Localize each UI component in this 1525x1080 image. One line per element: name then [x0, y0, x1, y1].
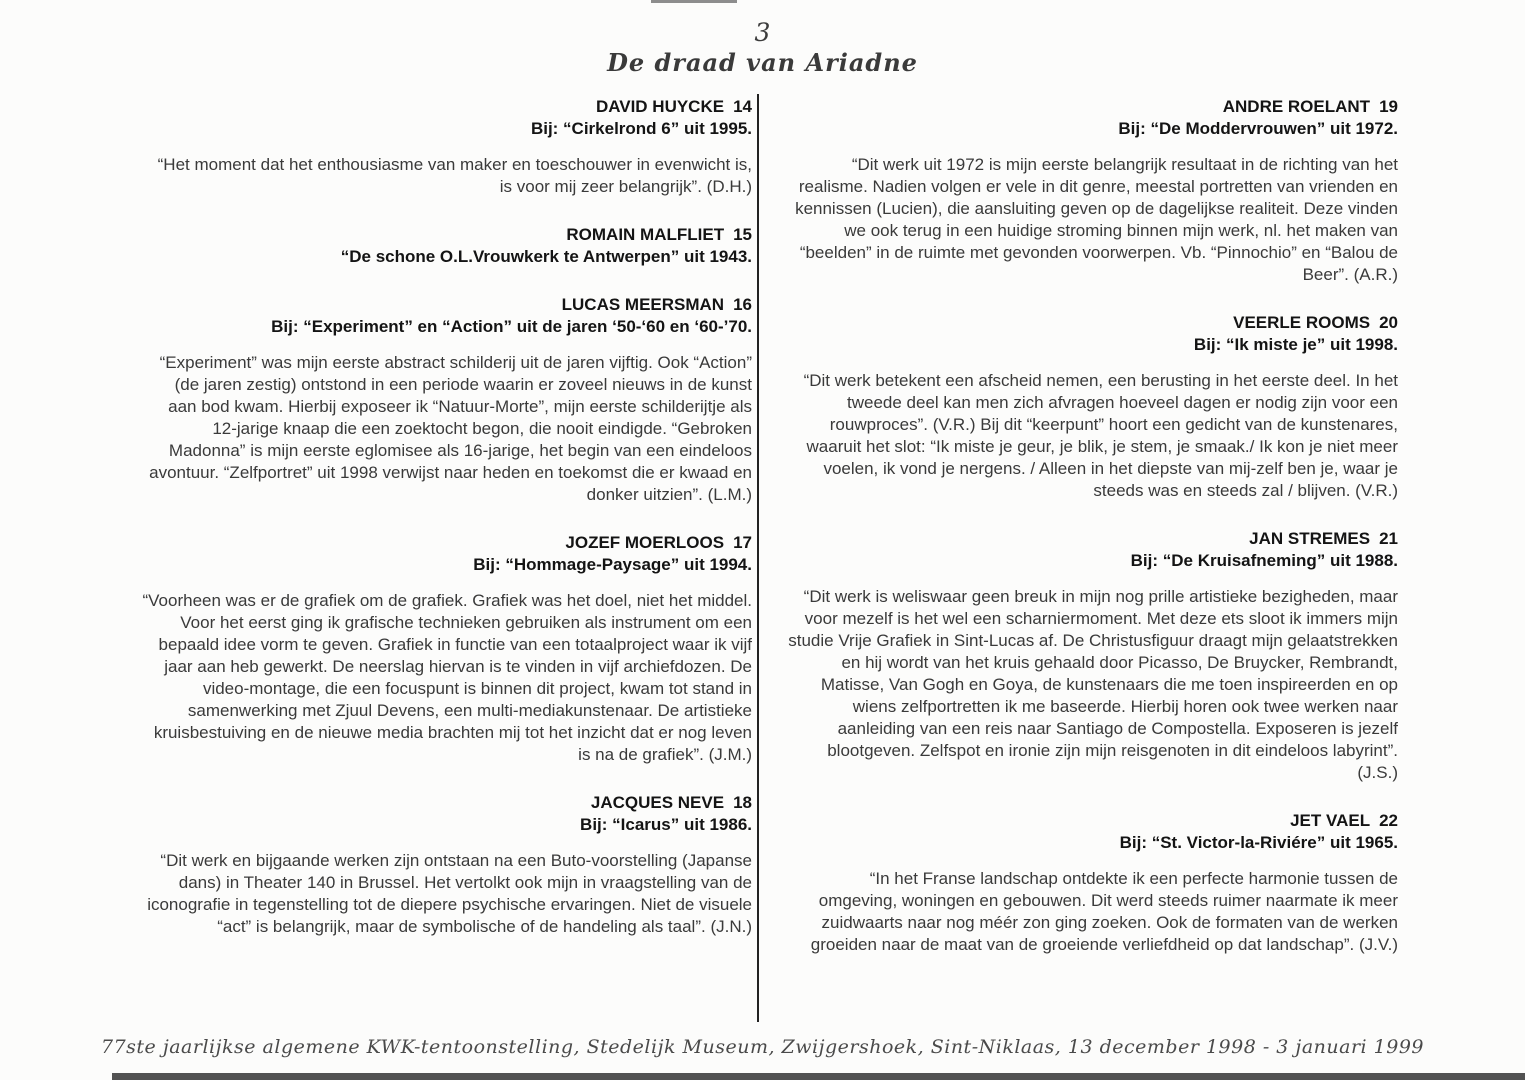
artist-quote: “In het Franse landschap ontdekte ik een…: [788, 868, 1398, 956]
artist-heading: ANDRE ROELANT19: [788, 96, 1398, 118]
column-divider-line: [757, 94, 759, 1022]
artist-entry: ROMAIN MALFLIET15“De schone O.L.Vrouwker…: [142, 224, 752, 268]
artist-quote: “Dit werk is weliswaar geen breuk in mij…: [788, 586, 1398, 784]
artwork-caption: “De schone O.L.Vrouwkerk te Antwerpen” u…: [142, 246, 752, 268]
scan-artifact-bottom-bar: [112, 1073, 1525, 1080]
artist-entry: JOZEF MOERLOOS17Bij: “Hommage-Paysage” u…: [142, 532, 752, 766]
artwork-caption: Bij: “Hommage-Paysage” uit 1994.: [142, 554, 752, 576]
artist-name: JET VAEL: [1290, 811, 1370, 830]
artist-heading: VEERLE ROOMS20: [788, 312, 1398, 334]
artwork-caption: Bij: “Experiment” en “Action” uit de jar…: [142, 316, 752, 338]
exhibition-footer: 77ste jaarlijkse algemene KWK-tentoonste…: [0, 1036, 1525, 1058]
artwork-number: 18: [733, 793, 752, 812]
scan-artifact-top-line: [651, 0, 737, 3]
artwork-number: 14: [733, 97, 752, 116]
artwork-caption: Bij: “De Moddervrouwen” uit 1972.: [788, 118, 1398, 140]
artist-quote: “Dit werk betekent een afscheid nemen, e…: [788, 370, 1398, 502]
artist-entry: VEERLE ROOMS20Bij: “Ik miste je” uit 199…: [788, 312, 1398, 502]
artwork-caption: Bij: “Cirkelrond 6” uit 1995.: [142, 118, 752, 140]
artwork-number: 17: [733, 533, 752, 552]
artist-name: ROMAIN MALFLIET: [566, 225, 724, 244]
artwork-caption: Bij: “St. Victor-la-Riviére” uit 1965.: [788, 832, 1398, 854]
artwork-caption: Bij: “Ik miste je” uit 1998.: [788, 334, 1398, 356]
artist-heading: JOZEF MOERLOOS17: [142, 532, 752, 554]
page-title: De draad van Ariadne: [0, 48, 1525, 77]
artwork-caption: Bij: “Icarus” uit 1986.: [142, 814, 752, 836]
artwork-number: 22: [1379, 811, 1398, 830]
artist-entry: DAVID HUYCKE14Bij: “Cirkelrond 6” uit 19…: [142, 96, 752, 198]
artist-heading: LUCAS MEERSMAN16: [142, 294, 752, 316]
artist-name: VEERLE ROOMS: [1233, 313, 1370, 332]
artist-quote: “Experiment” was mijn eerste abstract sc…: [142, 352, 752, 506]
artist-entry: JET VAEL22Bij: “St. Victor-la-Riviére” u…: [788, 810, 1398, 956]
artwork-number: 21: [1379, 529, 1398, 548]
artist-name: JOZEF MOERLOOS: [565, 533, 724, 552]
artist-quote: “Dit werk en bijgaande werken zijn ontst…: [142, 850, 752, 938]
artist-entry: ANDRE ROELANT19Bij: “De Moddervrouwen” u…: [788, 96, 1398, 286]
artwork-number: 16: [733, 295, 752, 314]
catalog-page: 3 De draad van Ariadne DAVID HUYCKE14Bij…: [0, 0, 1525, 1080]
artist-name: ANDRE ROELANT: [1223, 97, 1370, 116]
artist-name: DAVID HUYCKE: [596, 97, 724, 116]
artist-entry: JAN STREMES21Bij: “De Kruisafneming” uit…: [788, 528, 1398, 784]
artist-name: LUCAS MEERSMAN: [562, 295, 724, 314]
artist-entry: LUCAS MEERSMAN16Bij: “Experiment” en “Ac…: [142, 294, 752, 506]
artist-heading: ROMAIN MALFLIET15: [142, 224, 752, 246]
artist-heading: JACQUES NEVE18: [142, 792, 752, 814]
artist-heading: DAVID HUYCKE14: [142, 96, 752, 118]
artist-heading: JET VAEL22: [788, 810, 1398, 832]
artwork-number: 19: [1379, 97, 1398, 116]
artist-quote: “Dit werk uit 1972 is mijn eerste belang…: [788, 154, 1398, 286]
artwork-number: 15: [733, 225, 752, 244]
left-column: DAVID HUYCKE14Bij: “Cirkelrond 6” uit 19…: [142, 96, 752, 964]
artist-heading: JAN STREMES21: [788, 528, 1398, 550]
page-number: 3: [0, 18, 1525, 47]
artwork-caption: Bij: “De Kruisafneming” uit 1988.: [788, 550, 1398, 572]
artist-name: JACQUES NEVE: [591, 793, 724, 812]
artist-quote: “Het moment dat het enthousiasme van mak…: [142, 154, 752, 198]
artist-quote: “Voorheen was er de grafiek om de grafie…: [142, 590, 752, 766]
right-column: ANDRE ROELANT19Bij: “De Moddervrouwen” u…: [788, 96, 1398, 982]
artist-entry: JACQUES NEVE18Bij: “Icarus” uit 1986.“Di…: [142, 792, 752, 938]
artwork-number: 20: [1379, 313, 1398, 332]
artist-name: JAN STREMES: [1249, 529, 1370, 548]
